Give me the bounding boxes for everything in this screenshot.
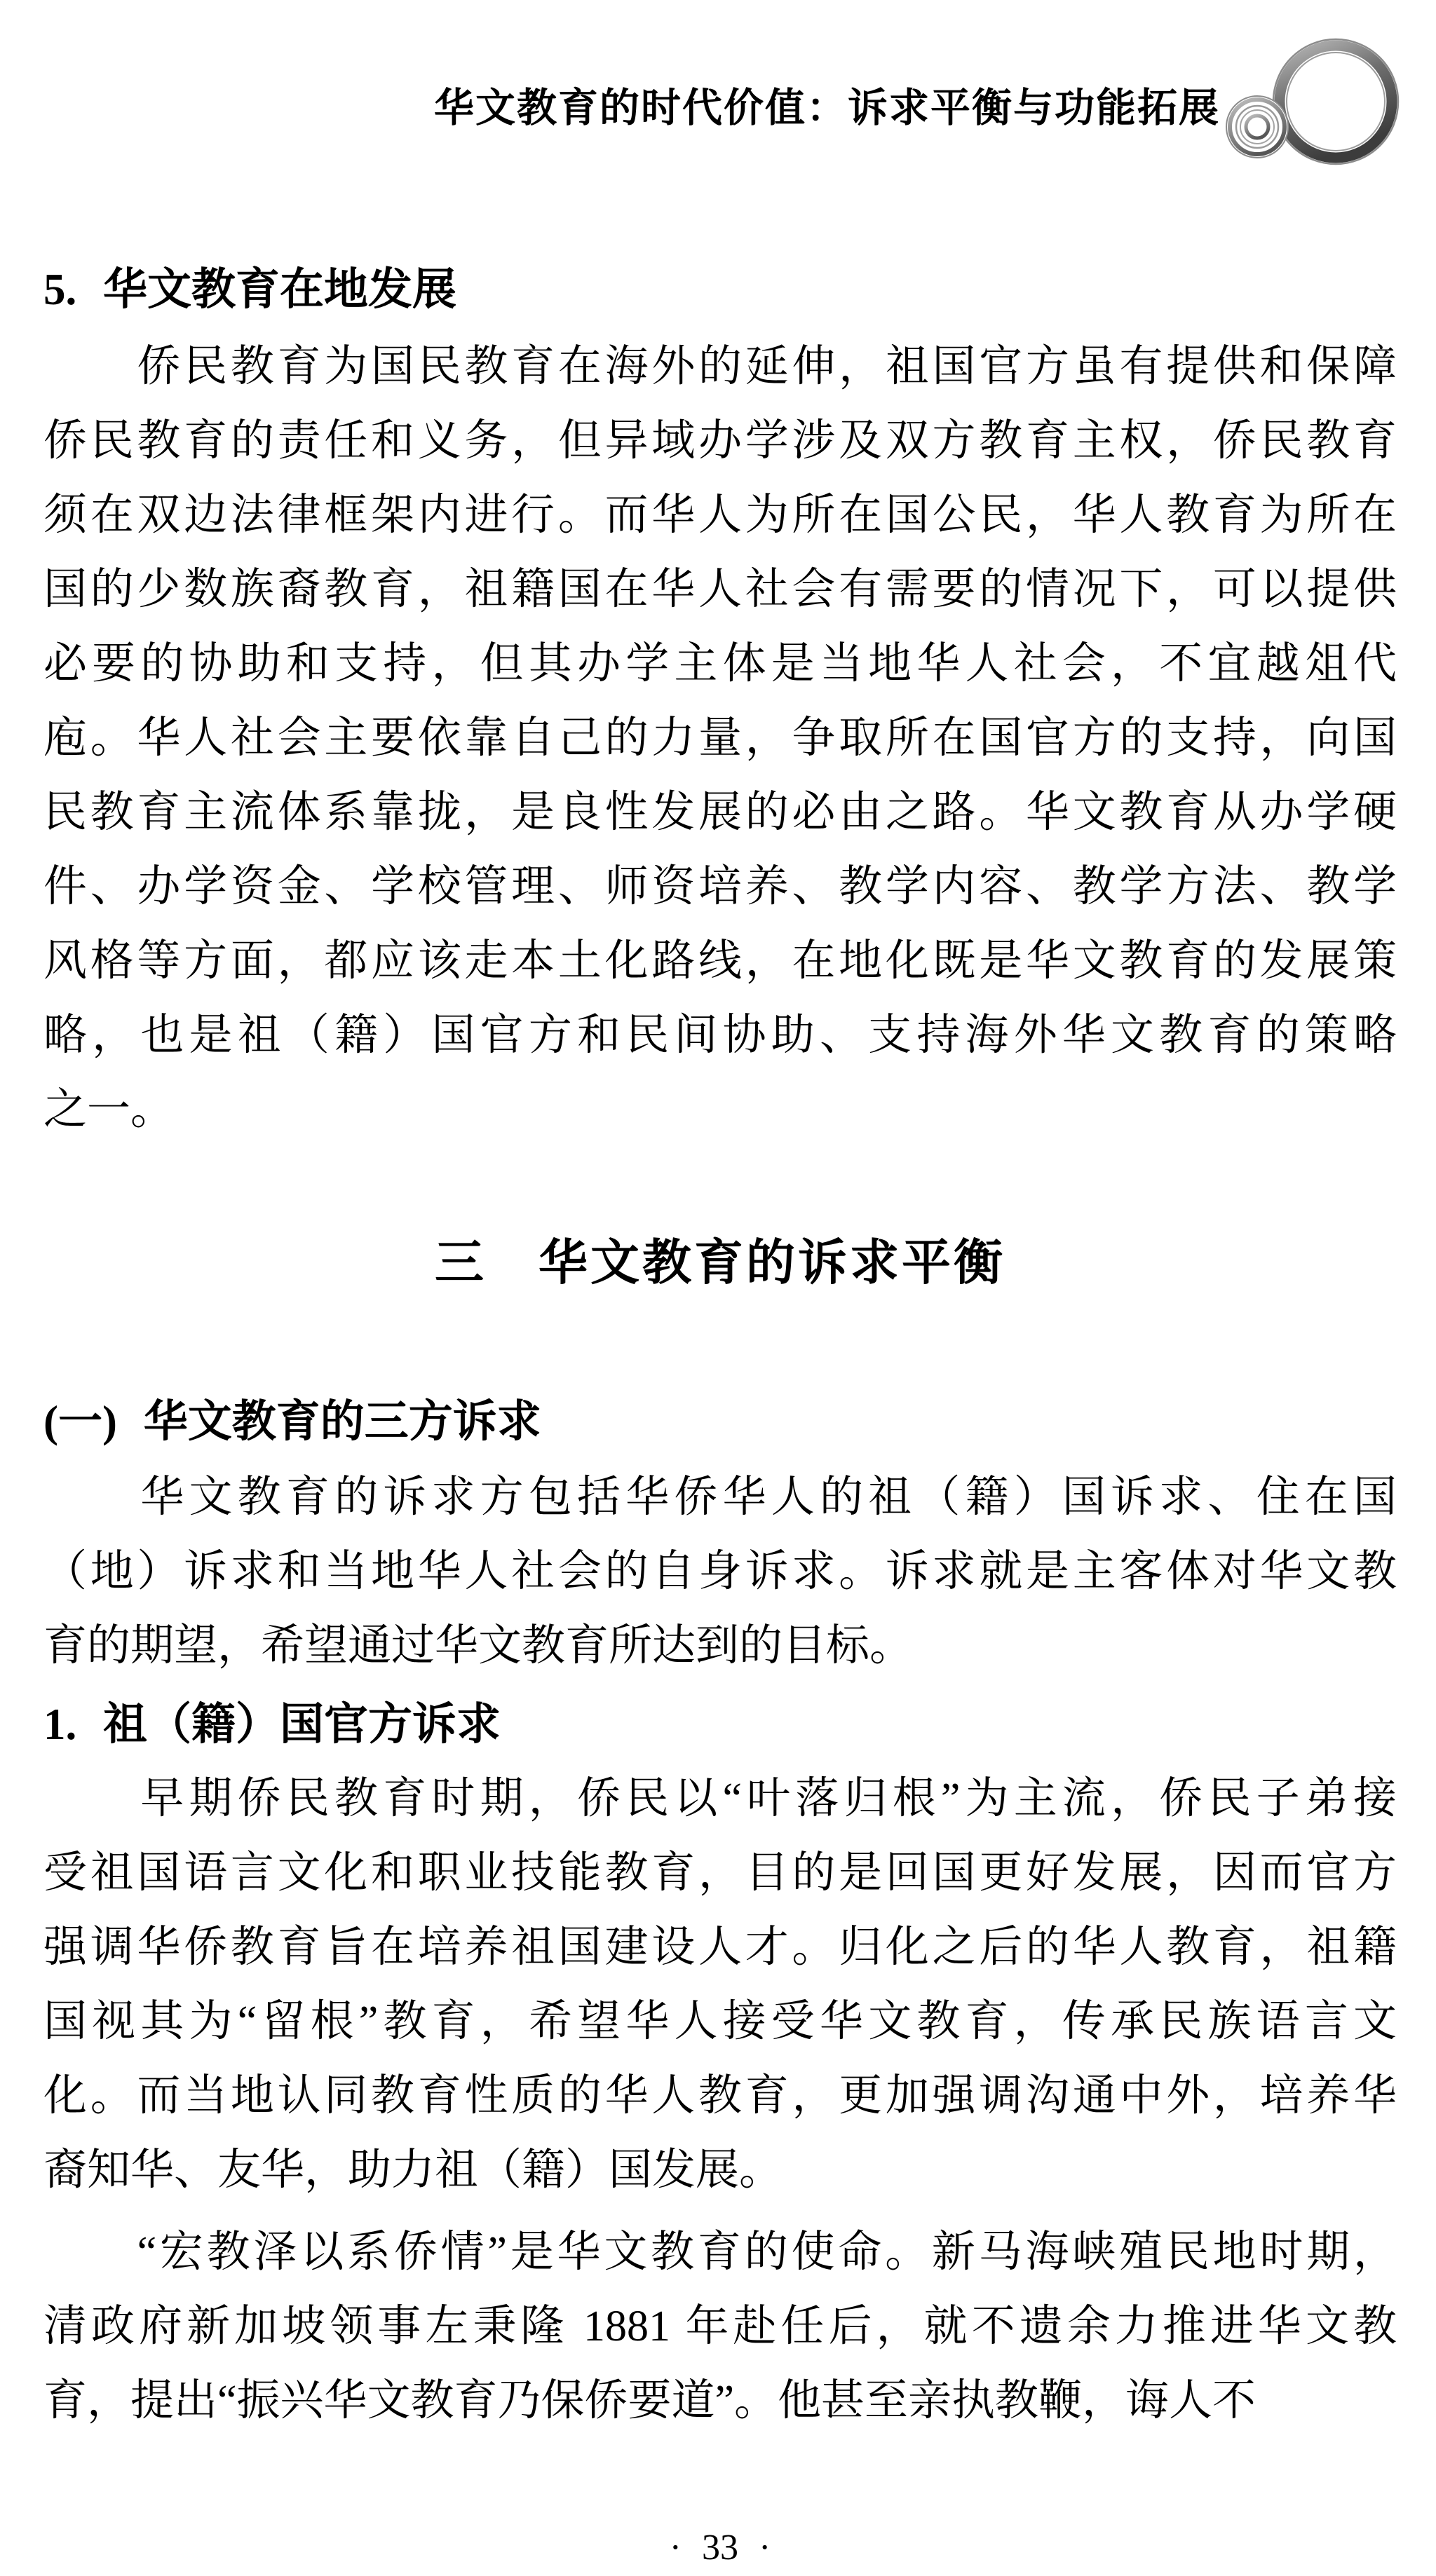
body-paragraph-local-development: 侨民教育为国民教育在海外的延伸，祖国官方虽有提供和保障侨民教育的责任和义务，但异…	[43, 329, 1397, 1147]
text-line: （地）诉求和当地华人社会的自身诉求。诉求就是主客体对华文教	[43, 1534, 1397, 1609]
text-line: 强调华侨教育旨在培养祖国建设人才。归化之后的华人教育，祖籍	[43, 1910, 1397, 1984]
text-line: 民教育主流体系靠拢，是良性发展的必由之路。华文教育从办学硬	[43, 775, 1397, 850]
subsection-heading-ancestral-official-demand: 1. 祖（籍）国官方诉求	[43, 1687, 1397, 1761]
text-line: 略，也是祖（籍）国官方和民间协助、支持海外华文教育的策略	[43, 998, 1397, 1072]
text-line: 侨民教育为国民教育在海外的延伸，祖国官方虽有提供和保障	[43, 329, 1397, 404]
text-line: 国的少数族裔教育，祖籍国在华人社会有需要的情况下，可以提供	[43, 552, 1397, 627]
section-5-heading: 5. 华文教育在地发展	[43, 252, 1397, 327]
text-line: 受祖国语言文化和职业技能教育，目的是回国更好发展，因而官方	[43, 1836, 1397, 1910]
page-header: 华文教育的时代价值：诉求平衡与功能拓展	[0, 0, 1436, 168]
chapter-heading: 三 华文教育的诉求平衡	[43, 1227, 1397, 1301]
text-line: 国视其为“留根”教育，希望华人接受华文教育，传承民族语言文	[43, 1984, 1397, 2059]
running-header-title: 华文教育的时代价值：诉求平衡与功能拓展	[434, 76, 1220, 133]
body-paragraph-mission: “宏教泽以系侨情”是华文教育的使命。新马海峡殖民地时期，清政府新加坡领事左秉隆 …	[43, 2215, 1397, 2438]
decorative-circles-icon	[1224, 34, 1401, 168]
text-line: 风格等方面，都应该走本土化路线，在地化既是华文教育的发展策	[43, 924, 1397, 998]
page-content: 5. 华文教育在地发展 侨民教育为国民教育在海外的延伸，祖国官方虽有提供和保障侨…	[43, 252, 1397, 2572]
subsection-heading-three-demands: (一) 华文教育的三方诉求	[43, 1384, 1397, 1459]
body-paragraph-early-education: 早期侨民教育时期，侨民以“叶落归根”为主流，侨民子弟接受祖国语言文化和职业技能教…	[43, 1761, 1397, 2207]
text-line: 侨民教育的责任和义务，但异域办学涉及双方教育主权，侨民教育	[43, 404, 1397, 478]
text-line: 化。而当地认同教育性质的华人教育，更加强调沟通中外，培养华	[43, 2059, 1397, 2133]
text-line: 华文教育的诉求方包括华侨华人的祖（籍）国诉求、住在国	[43, 1460, 1397, 1534]
text-line: 裔知华、友华，助力祖（籍）国发展。	[43, 2133, 1397, 2207]
text-line: 育的期望，希望通过华文教育所达到的目标。	[43, 1609, 1397, 1683]
text-line: 清政府新加坡领事左秉隆 1881 年赴任后，就不遗余力推进华文教	[43, 2289, 1397, 2364]
text-line: 早期侨民教育时期，侨民以“叶落归根”为主流，侨民子弟接	[43, 1761, 1397, 1836]
text-line: 必要的协助和支持，但其办学主体是当地华人社会，不宜越俎代	[43, 627, 1397, 701]
body-paragraph-demand-parties: 华文教育的诉求方包括华侨华人的祖（籍）国诉求、住在国（地）诉求和当地华人社会的自…	[43, 1460, 1397, 1683]
book-page: 华文教育的时代价值：诉求平衡与功能拓展	[0, 0, 1436, 2576]
text-line: 之一。	[43, 1072, 1397, 1147]
text-line: 庖。华人社会主要依靠自己的力量，争取所在国官方的支持，向国	[43, 701, 1397, 775]
page-number: · 33 ·	[43, 2523, 1397, 2572]
text-line: “宏教泽以系侨情”是华文教育的使命。新马海峡殖民地时期，	[43, 2215, 1397, 2289]
text-line: 件、办学资金、学校管理、师资培养、教学内容、教学方法、教学	[43, 850, 1397, 924]
text-line: 须在双边法律框架内进行。而华人为所在国公民，华人教育为所在	[43, 478, 1397, 552]
text-line: 育，提出“振兴华文教育乃保侨要道”。他甚至亲执教鞭，诲人不	[43, 2364, 1397, 2438]
